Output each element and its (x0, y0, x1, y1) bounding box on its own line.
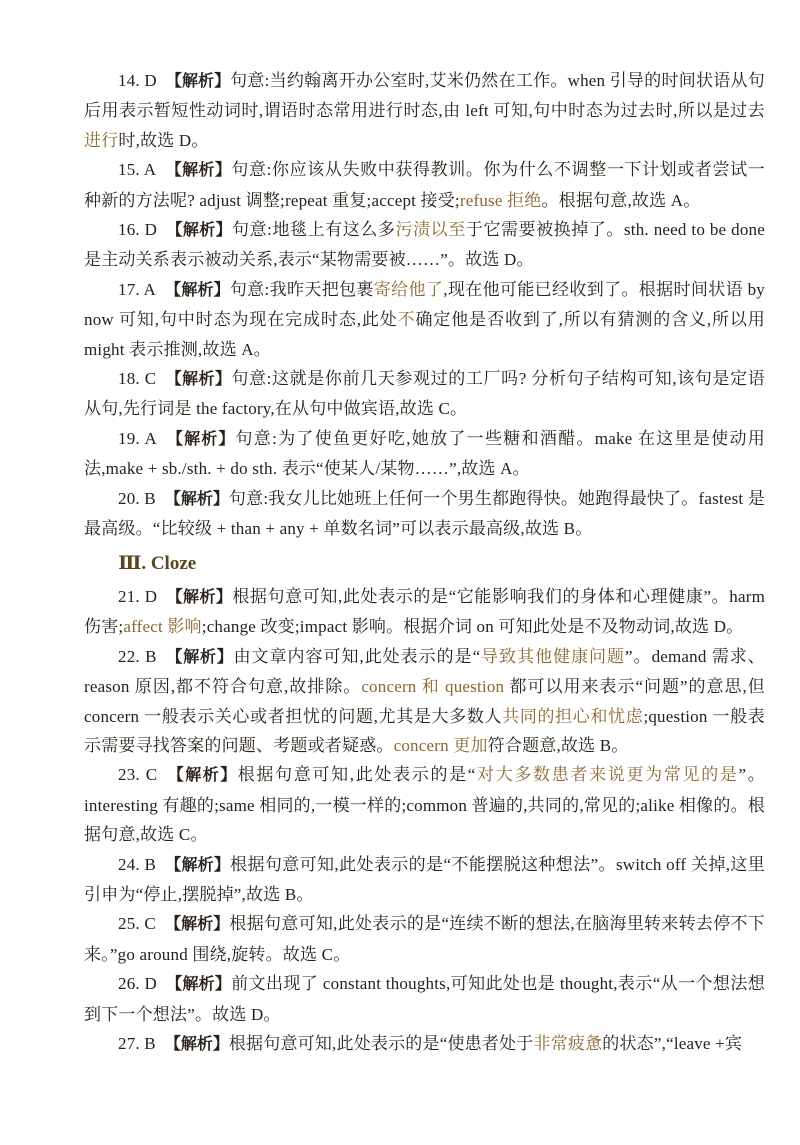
answer-item-15: 15. A【解析】句意:你应该从失败中获得教训。你为什么不调整一下计划或者尝试一… (84, 155, 765, 215)
answer-item-18: 18. C【解析】句意:这就是你前几天参观过的工厂吗? 分析句子结构可知,该句是… (84, 364, 765, 424)
analysis-label: 【解析】 (166, 589, 232, 606)
answer-item-17: 17. A【解析】句意:我昨天把包裹寄给他了,现在他可能已经收到了。根据时间状语… (84, 275, 765, 364)
analysis-label: 【解析】 (165, 857, 230, 874)
answer-number: 23. C (118, 765, 157, 784)
answer-number: 22. B (118, 647, 157, 666)
analysis-label: 【解析】 (165, 916, 229, 933)
analysis-label: 【解析】 (166, 222, 232, 239)
answer-key-content: 14. D【解析】句意:当约翰离开办公室时,艾米仍然在工作。when 引导的时间… (0, 0, 800, 1059)
answer-item-16: 16. D【解析】句意:地毯上有这么多污渍以至于它需要被换掉了。sth. nee… (84, 215, 765, 275)
answer-number: 24. B (118, 855, 156, 874)
answer-item-21: 21. D【解析】根据句意可知,此处表示的是“它能影响我们的身体和心理健康”。h… (84, 582, 765, 642)
analysis-text: 根据句意可知,此处表示的是“使患者处于非常疲惫的状态”,“leave +宾 (229, 1034, 742, 1053)
analysis-label: 【解析】 (166, 976, 231, 993)
answer-number: 20. B (118, 489, 156, 508)
analysis-label: 【解析】 (165, 1036, 229, 1053)
answer-item-26: 26. D【解析】前文出现了 constant thoughts,可知此处也是 … (84, 969, 765, 1029)
analysis-label: 【解析】 (166, 73, 230, 90)
document-page: 14. D【解析】句意:当约翰离开办公室时,艾米仍然在工作。when 引导的时间… (0, 0, 800, 1145)
answer-item-25: 25. C【解析】根据句意可知,此处表示的是“连续不断的想法,在脑海里转来转去停… (84, 909, 765, 969)
answer-number: 18. C (118, 369, 156, 388)
section-title-cloze: Ⅲ. Cloze (84, 549, 765, 578)
answer-item-19: 19. A【解析】句意:为了使鱼更好吃,她放了一些糖和酒醋。make 在这里是使… (84, 424, 765, 484)
analysis-label: 【解析】 (165, 491, 229, 508)
analysis-label: 【解析】 (166, 649, 234, 666)
answer-number: 27. B (118, 1034, 156, 1053)
answer-item-27: 27. B【解析】根据句意可知,此处表示的是“使患者处于非常疲惫的状态”,“le… (84, 1029, 765, 1059)
answer-number: 16. D (118, 220, 157, 239)
answer-item-24: 24. B【解析】根据句意可知,此处表示的是“不能摆脱这种想法”。switch … (84, 850, 765, 910)
answer-number: 14. D (118, 71, 157, 90)
answer-number: 26. D (118, 974, 157, 993)
answer-number: 17. A (118, 280, 156, 299)
answer-item-22: 22. B【解析】由文章内容可知,此处表示的是“导致其他健康问题”。demand… (84, 642, 765, 761)
analysis-label: 【解析】 (166, 431, 236, 448)
analysis-label: 【解析】 (165, 162, 231, 179)
answer-number: 15. A (118, 160, 156, 179)
analysis-label: 【解析】 (166, 767, 237, 784)
analysis-label: 【解析】 (165, 282, 230, 299)
answer-item-23: 23. C【解析】根据句意可知,此处表示的是“对大多数患者来说更为常见的是”。i… (84, 760, 765, 849)
answer-item-14: 14. D【解析】句意:当约翰离开办公室时,艾米仍然在工作。when 引导的时间… (84, 66, 765, 155)
answer-number: 25. C (118, 914, 156, 933)
analysis-label: 【解析】 (165, 371, 231, 388)
answer-item-20: 20. B【解析】句意:我女儿比她班上任何一个男生都跑得快。她跑得最快了。fas… (84, 484, 765, 544)
answer-number: 19. A (118, 429, 157, 448)
answer-number: 21. D (118, 587, 157, 606)
